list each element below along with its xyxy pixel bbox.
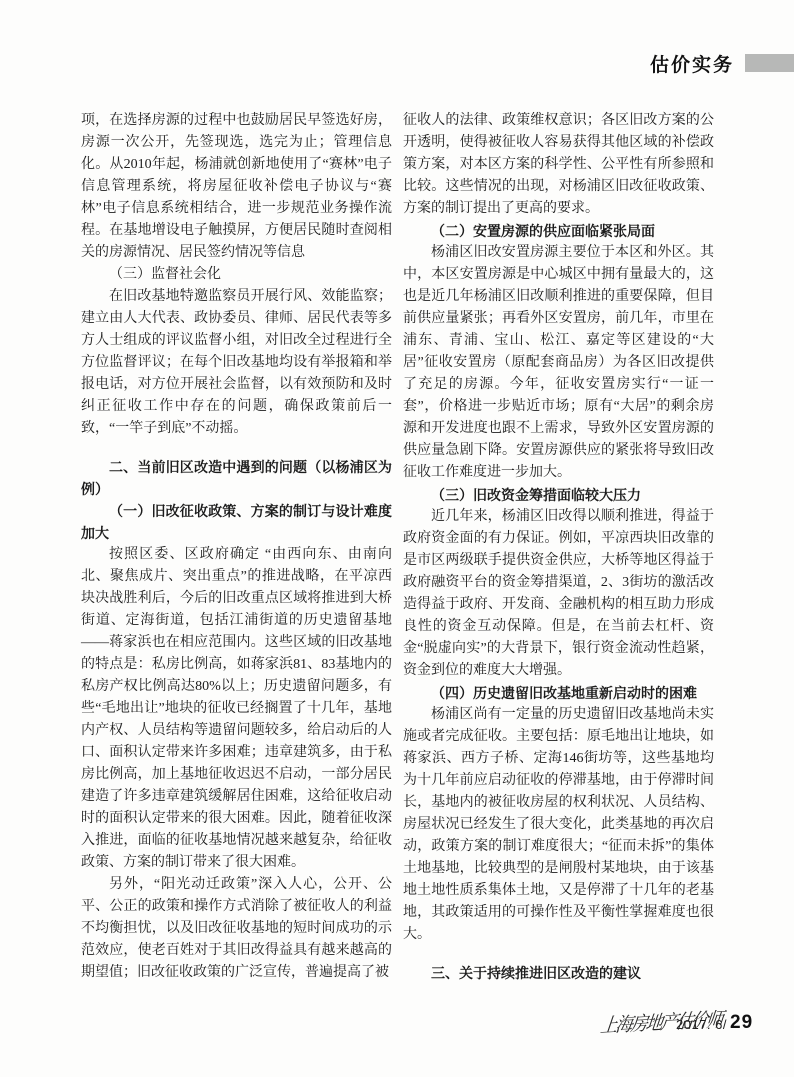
body-paragraph: 另外，“阳光动迁政策”深入人心，公开、公平、公正的政策和操作方式消除了被征收人的…	[81, 874, 392, 984]
body-paragraph: （三）监督社会化	[81, 264, 392, 286]
body-paragraph: 征收人的法律、政策维权意识；各区旧改方案的公开透明，使得被征收人容易获得其他区域…	[403, 110, 714, 220]
issue-label: 2017. 6/	[676, 1017, 727, 1032]
section-heading: 三、关于持续推进旧区改造的建议	[403, 962, 714, 984]
section-heading: （三）旧改资金筹措面临较大压力	[403, 484, 714, 506]
article-left-column: 项，在选择房源的过程中也鼓励居民早签选好房，房源一次公开，先签现选，选完为止；管…	[81, 110, 392, 984]
section-heading: 二、当前旧区改造中遇到的问题（以杨浦区为例）	[81, 456, 392, 500]
section-heading: （四）历史遗留旧改基地重新启动时的困难	[403, 682, 714, 704]
section-heading: （二）安置房源的供应面临紧张局面	[403, 220, 714, 242]
journal-page: 估价实务 项，在选择房源的过程中也鼓励居民早签选好房，房源一次公开，先签现选，选…	[0, 0, 794, 1077]
page-number: 29	[730, 1012, 753, 1034]
header-decoration-bar	[745, 54, 794, 72]
body-paragraph: 按照区委、区政府确定 “由西向东、由南向北、聚焦成片、突出重点”的推进战略，在平…	[81, 544, 392, 874]
page-footer: 上海房地产估价师 2017. 6/ 29	[0, 1005, 794, 1045]
section-header-label: 估价实务	[650, 50, 734, 77]
body-paragraph: 杨浦区尚有一定量的历史遗留旧改基地尚未实施或者完成征收。主要包括：原毛地出让地块…	[403, 704, 714, 946]
body-paragraph: 杨浦区旧改安置房源主要位于本区和外区。其中，本区安置房源是中心城区中拥有量最大的…	[403, 242, 714, 484]
article-right-column: 征收人的法律、政策维权意识；各区旧改方案的公开透明，使得被征收人容易获得其他区域…	[403, 110, 714, 984]
body-paragraph: 近几年来，杨浦区旧改得以顺利推进，得益于政府资金面的有力保证。例如，平凉西块旧改…	[403, 506, 714, 682]
body-paragraph: 在旧改基地特邀监察员开展行风、效能监察；建立由人大代表、政协委员、律师、居民代表…	[81, 286, 392, 440]
body-paragraph: 项，在选择房源的过程中也鼓励居民早签选好房，房源一次公开，先签现选，选完为止；管…	[81, 110, 392, 264]
section-heading: （一）旧改征收政策、方案的制订与设计难度加大	[81, 500, 392, 544]
